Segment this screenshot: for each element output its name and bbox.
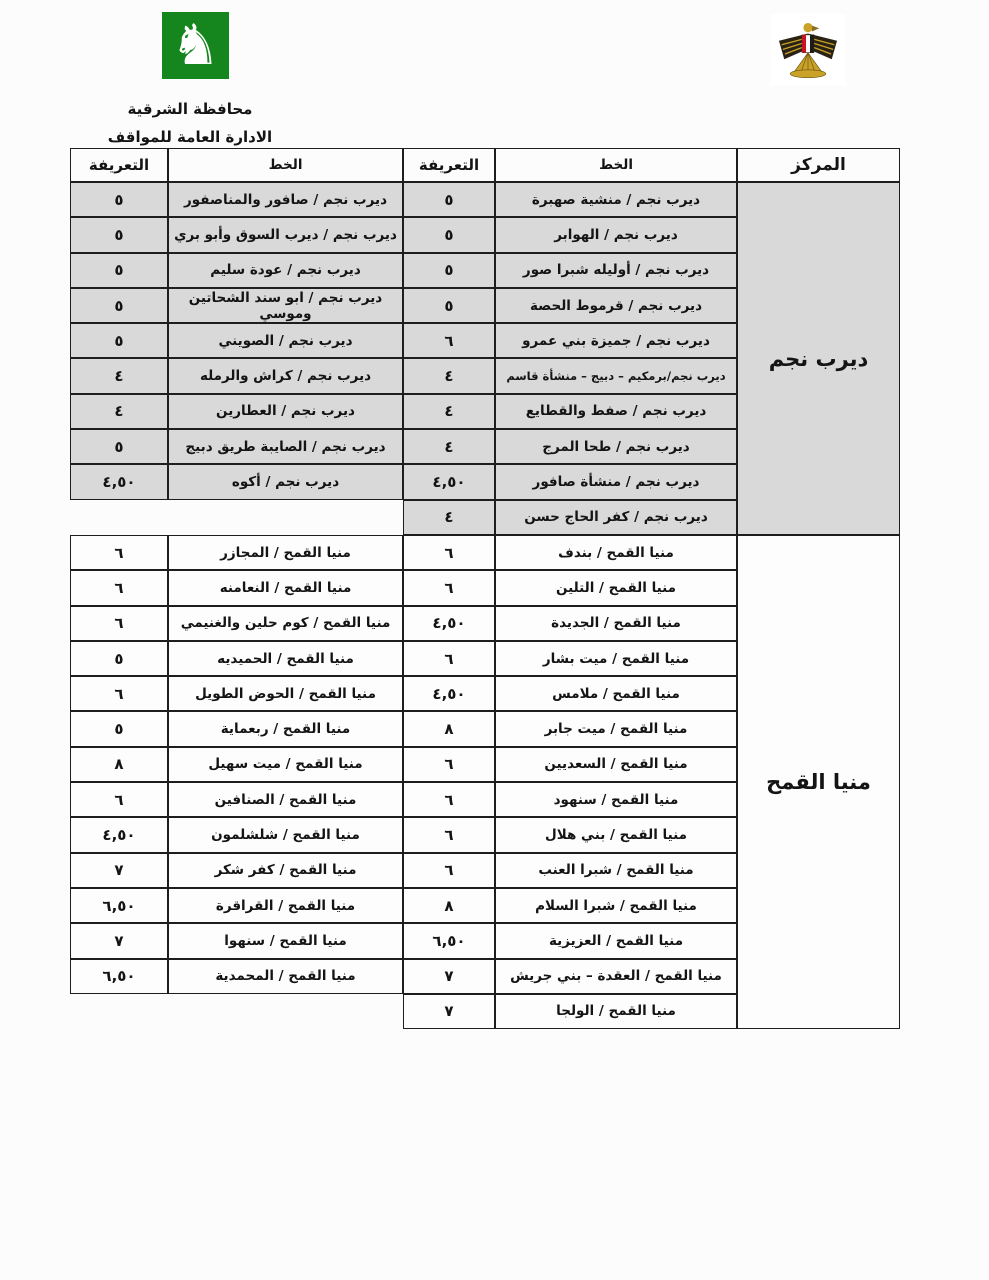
table-row: ديرب نجم / كراش والرمله ٤ xyxy=(70,358,403,393)
line-cell: منيا القمح / الحوض الطويل xyxy=(168,676,403,711)
line-cell: ديرب نجم / ديرب السوق وأبو بري xyxy=(168,217,403,252)
eagle-icon xyxy=(775,19,841,81)
table-row: منيا القمح / التلين ٦ xyxy=(403,570,737,605)
tariff-cell: ٥ xyxy=(403,288,495,323)
line-cell: منيا القمح / ملامس xyxy=(495,676,737,711)
table-row: ديرب نجم / جميزة بني عمرو ٦ xyxy=(403,323,737,358)
line-cell: ديرب نجم/برمكيم – دبيج – منشأة قاسم xyxy=(495,358,737,393)
table-row: ديرب نجم / الهوابر ٥ xyxy=(403,217,737,252)
line-cell: منيا القمح / شبرا السلام xyxy=(495,888,737,923)
table-row: ديرب نجم / أوليله شبرا صور ٥ xyxy=(403,253,737,288)
tariff-cell: ٤ xyxy=(403,500,495,535)
table-row: منيا القمح / العزيزية ٦,٥٠ xyxy=(403,923,737,958)
line-cell: منيا القمح / ميت سهيل xyxy=(168,747,403,782)
tariff-cell: ٧ xyxy=(70,923,168,958)
tariff-cell: ٥ xyxy=(70,182,168,217)
org-title: محافظة الشرقية xyxy=(78,96,302,124)
tariff-column-header: التعريفة xyxy=(403,148,495,182)
table-row: ديرب نجم / ابو سند الشحاتين وموسي ٥ xyxy=(70,288,403,323)
tariff-cell: ٦,٥٠ xyxy=(70,888,168,923)
table-row: منيا القمح / شلشلمون ٤,٥٠ xyxy=(70,817,403,852)
line-cell: منيا القمح / السعديين xyxy=(495,747,737,782)
tariff-cell: ٥ xyxy=(70,288,168,323)
line-cell: ديرب نجم / منشأة صافور xyxy=(495,464,737,499)
tariff-cell: ٦ xyxy=(70,606,168,641)
column-gap xyxy=(70,500,403,535)
line-cell: منيا القمح / المحمدية xyxy=(168,959,403,994)
tariff-table: المركز ديرب نجم منيا القمح الخط التعريفة… xyxy=(70,148,900,1029)
center-label-diyarb-negm: ديرب نجم xyxy=(737,182,900,535)
tariff-cell: ٦ xyxy=(70,676,168,711)
tariff-cell: ٦ xyxy=(70,535,168,570)
tariff-column-header: التعريفة xyxy=(70,148,168,182)
line-cell: ديرب نجم / منشية صهبرة xyxy=(495,182,737,217)
line-cell: منيا القمح / النعامنه xyxy=(168,570,403,605)
sharqia-governorate-logo: ♞ xyxy=(162,12,229,79)
table-row: ديرب نجم / الصايبة طريق دبيج ٥ xyxy=(70,429,403,464)
tariff-cell: ٦ xyxy=(403,817,495,852)
table-row: ديرب نجم / منشأة صافور ٤,٥٠ xyxy=(403,464,737,499)
line-column-header: الخط xyxy=(168,148,403,182)
table-row: منيا القمح / النعامنه ٦ xyxy=(70,570,403,605)
line-cell: منيا القمح / ميت جابر xyxy=(495,711,737,746)
tariff-cell: ٦ xyxy=(403,570,495,605)
line-cell: منيا القمح / بندف xyxy=(495,535,737,570)
table-row: ديرب نجم / العطارين ٤ xyxy=(70,394,403,429)
tariff-cell: ٤,٥٠ xyxy=(403,606,495,641)
line-cell: منيا القمح / المجازر xyxy=(168,535,403,570)
line-cell: ديرب نجم / الصايبة طريق دبيج xyxy=(168,429,403,464)
line-cell: منيا القمح / ميت بشار xyxy=(495,641,737,676)
tariff-cell: ٤,٥٠ xyxy=(403,464,495,499)
outer-rows-group1: ديرب نجم / صافور والمناصفور ٥ ديرب نجم /… xyxy=(70,182,403,500)
tariff-cell: ٥ xyxy=(70,711,168,746)
tariff-cell: ٥ xyxy=(70,217,168,252)
outer-line-tariff-columns: الخط التعريفة ديرب نجم / صافور والمناصفو… xyxy=(70,148,403,1029)
line-cell: منيا القمح / سنهوا xyxy=(168,923,403,958)
table-row: منيا القمح / القراقرة ٦,٥٠ xyxy=(70,888,403,923)
line-cell: ديرب نجم / كفر الحاج حسن xyxy=(495,500,737,535)
line-cell: ديرب نجم / صفط والقطايع xyxy=(495,394,737,429)
line-cell: منيا القمح / الجديدة xyxy=(495,606,737,641)
table-row: منيا القمح / سنهوا ٧ xyxy=(70,923,403,958)
line-cell: ديرب نجم / الهوابر xyxy=(495,217,737,252)
table-row: ديرب نجم / الصويني ٥ xyxy=(70,323,403,358)
tariff-cell: ٥ xyxy=(403,217,495,252)
table-row: منيا القمح / العقدة – بني جريش ٧ xyxy=(403,959,737,994)
inner-header-row: الخط التعريفة xyxy=(403,148,737,182)
tariff-cell: ٤ xyxy=(403,429,495,464)
tariff-cell: ٤,٥٠ xyxy=(70,817,168,852)
table-row: ديرب نجم / طحا المرج ٤ xyxy=(403,429,737,464)
table-row: ديرب نجم/برمكيم – دبيج – منشأة قاسم ٤ xyxy=(403,358,737,393)
line-cell: منيا القمح / التلين xyxy=(495,570,737,605)
center-column-header: المركز xyxy=(737,148,900,182)
line-cell: ديرب نجم / جميزة بني عمرو xyxy=(495,323,737,358)
inner-rows-group2: منيا القمح / بندف ٦ منيا القمح / التلين … xyxy=(403,535,737,1029)
tariff-cell: ٦,٥٠ xyxy=(403,923,495,958)
line-cell: منيا القمح / العقدة – بني جريش xyxy=(495,959,737,994)
tariff-cell: ٥ xyxy=(70,323,168,358)
tariff-cell: ٥ xyxy=(70,429,168,464)
table-row: ديرب نجم / صافور والمناصفور ٥ xyxy=(70,182,403,217)
inner-line-tariff-columns: الخط التعريفة ديرب نجم / منشية صهبرة ٥ د… xyxy=(403,148,737,1029)
table-row: منيا القمح / السعديين ٦ xyxy=(403,747,737,782)
line-cell: منيا القمح / سنهود xyxy=(495,782,737,817)
org-header: محافظة الشرقية الادارة العامة للمواقف xyxy=(78,96,302,152)
inner-rows-group1: ديرب نجم / منشية صهبرة ٥ ديرب نجم / الهو… xyxy=(403,182,737,535)
tariff-cell: ٤ xyxy=(70,358,168,393)
table-row: منيا القمح / الجديدة ٤,٥٠ xyxy=(403,606,737,641)
table-row: منيا القمح / المحمدية ٦,٥٠ xyxy=(70,959,403,994)
table-row: ديرب نجم / أكوه ٤,٥٠ xyxy=(70,464,403,499)
tariff-cell: ٥ xyxy=(403,253,495,288)
table-row: منيا القمح / ربعماية ٥ xyxy=(70,711,403,746)
table-row: منيا القمح / شبرا السلام ٨ xyxy=(403,888,737,923)
table-row: منيا القمح / ميت سهيل ٨ xyxy=(70,747,403,782)
line-cell: منيا القمح / الحميديه xyxy=(168,641,403,676)
line-cell: ديرب نجم / كراش والرمله xyxy=(168,358,403,393)
tariff-cell: ٦,٥٠ xyxy=(70,959,168,994)
table-row: منيا القمح / كفر شكر ٧ xyxy=(70,853,403,888)
line-cell: ديرب نجم / عودة سليم xyxy=(168,253,403,288)
line-cell: منيا القمح / كوم حلين والغنيمي xyxy=(168,606,403,641)
line-cell: ديرب نجم / قرموط الحصة xyxy=(495,288,737,323)
line-cell: ديرب نجم / أكوه xyxy=(168,464,403,499)
line-cell: ديرب نجم / أوليله شبرا صور xyxy=(495,253,737,288)
tariff-cell: ٦ xyxy=(403,782,495,817)
table-row: منيا القمح / الحميديه ٥ xyxy=(70,641,403,676)
tariff-cell: ٦ xyxy=(403,323,495,358)
tariff-cell: ٦ xyxy=(70,570,168,605)
document-page: ♞ محافظة الشرقية الادارة العامة للمواقف … xyxy=(0,0,989,1280)
line-cell: منيا القمح / بني هلال xyxy=(495,817,737,852)
egypt-eagle-emblem xyxy=(770,14,846,86)
table-row: منيا القمح / الصنافين ٦ xyxy=(70,782,403,817)
tariff-cell: ٦ xyxy=(70,782,168,817)
outer-header-row: الخط التعريفة xyxy=(70,148,403,182)
tariff-cell: ٥ xyxy=(70,253,168,288)
tariff-cell: ٦ xyxy=(403,853,495,888)
table-row: منيا القمح / بندف ٦ xyxy=(403,535,737,570)
tariff-cell: ٨ xyxy=(70,747,168,782)
tariff-cell: ٧ xyxy=(70,853,168,888)
horse-icon: ♞ xyxy=(170,18,220,74)
table-row: منيا القمح / المجازر ٦ xyxy=(70,535,403,570)
line-cell: منيا القمح / ربعماية xyxy=(168,711,403,746)
line-cell: منيا القمح / القراقرة xyxy=(168,888,403,923)
tariff-cell: ٤ xyxy=(70,394,168,429)
table-row: ديرب نجم / منشية صهبرة ٥ xyxy=(403,182,737,217)
table-row: منيا القمح / ملامس ٤,٥٠ xyxy=(403,676,737,711)
tariff-cell: ٦ xyxy=(403,641,495,676)
table-row: ديرب نجم / كفر الحاج حسن ٤ xyxy=(403,500,737,535)
tariff-cell: ٧ xyxy=(403,959,495,994)
line-cell: منيا القمح / شبرا العنب xyxy=(495,853,737,888)
line-cell: ديرب نجم / العطارين xyxy=(168,394,403,429)
tariff-cell: ٤ xyxy=(403,358,495,393)
table-row: منيا القمح / سنهود ٦ xyxy=(403,782,737,817)
line-cell: منيا القمح / الصنافين xyxy=(168,782,403,817)
line-cell: منيا القمح / كفر شكر xyxy=(168,853,403,888)
table-row: منيا القمح / الحوض الطويل ٦ xyxy=(70,676,403,711)
table-row: ديرب نجم / عودة سليم ٥ xyxy=(70,253,403,288)
tariff-cell: ٥ xyxy=(70,641,168,676)
table-row: منيا القمح / شبرا العنب ٦ xyxy=(403,853,737,888)
table-row: منيا القمح / الولجا ٧ xyxy=(403,994,737,1029)
table-row: ديرب نجم / صفط والقطايع ٤ xyxy=(403,394,737,429)
tariff-cell: ٨ xyxy=(403,888,495,923)
tariff-cell: ٦ xyxy=(403,747,495,782)
outer-rows-group2: منيا القمح / المجازر ٦ منيا القمح / النع… xyxy=(70,535,403,994)
line-cell: منيا القمح / الولجا xyxy=(495,994,737,1029)
tariff-cell: ٨ xyxy=(403,711,495,746)
table-row: منيا القمح / ميت بشار ٦ xyxy=(403,641,737,676)
center-label-minya-alqamh: منيا القمح xyxy=(737,535,900,1029)
line-cell: منيا القمح / شلشلمون xyxy=(168,817,403,852)
tariff-cell: ٧ xyxy=(403,994,495,1029)
table-row: ديرب نجم / قرموط الحصة ٥ xyxy=(403,288,737,323)
line-cell: ديرب نجم / ابو سند الشحاتين وموسي xyxy=(168,288,403,323)
line-cell: ديرب نجم / طحا المرج xyxy=(495,429,737,464)
table-row: ديرب نجم / ديرب السوق وأبو بري ٥ xyxy=(70,217,403,252)
line-column-header: الخط xyxy=(495,148,737,182)
table-row: منيا القمح / ميت جابر ٨ xyxy=(403,711,737,746)
tariff-cell: ٥ xyxy=(403,182,495,217)
tariff-cell: ٤,٥٠ xyxy=(70,464,168,499)
table-row: منيا القمح / كوم حلين والغنيمي ٦ xyxy=(70,606,403,641)
tariff-cell: ٤,٥٠ xyxy=(403,676,495,711)
center-column: المركز ديرب نجم منيا القمح xyxy=(737,148,900,1029)
tariff-cell: ٦ xyxy=(403,535,495,570)
line-cell: منيا القمح / العزيزية xyxy=(495,923,737,958)
line-cell: ديرب نجم / صافور والمناصفور xyxy=(168,182,403,217)
line-cell: ديرب نجم / الصويني xyxy=(168,323,403,358)
tariff-cell: ٤ xyxy=(403,394,495,429)
table-row: منيا القمح / بني هلال ٦ xyxy=(403,817,737,852)
